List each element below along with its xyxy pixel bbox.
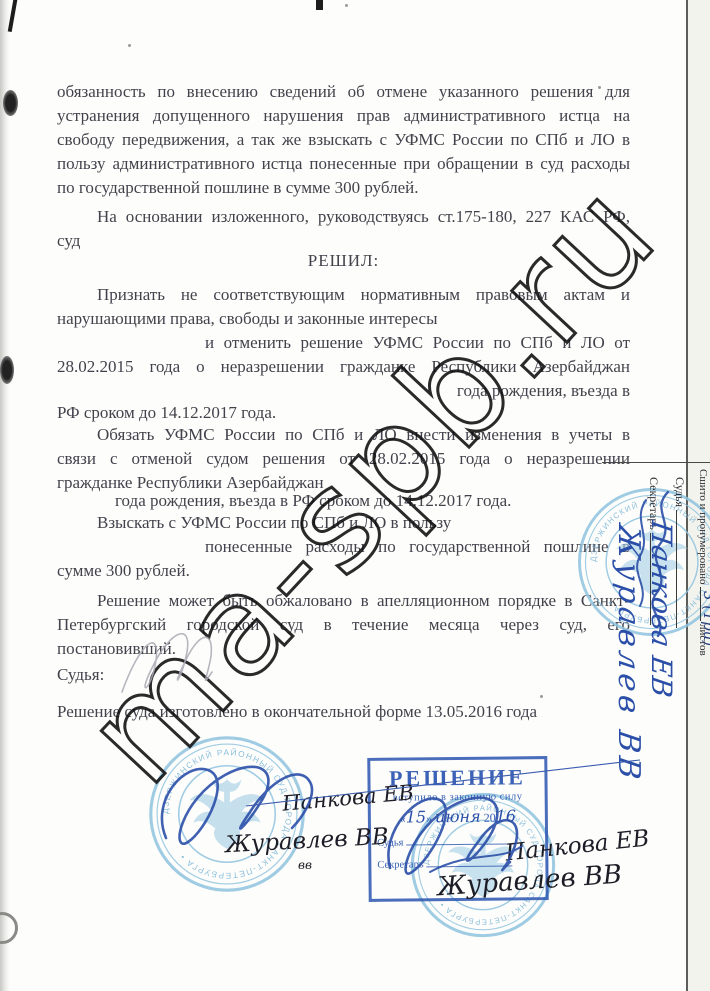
body-line: нарушающими права, свободы и законные ин… [57, 307, 630, 331]
scan-speck [128, 44, 131, 47]
body-line: РФ сроком до 14.12.2017 года. [57, 401, 630, 425]
body-line: Признать не соответствующим нормативным … [57, 283, 630, 307]
body-line: по государственной пошлине в сумме 300 р… [57, 176, 630, 200]
scan-speck [540, 695, 543, 698]
body-line: 28.02.2015 года о неразрешении гражданке… [57, 355, 630, 379]
body-line: свободу передвижения, а так же взыскать … [57, 128, 630, 152]
body-line: Петербургский городской суд в течение ме… [57, 613, 630, 637]
body-line: связи с отменой судом решения от 28.02.2… [57, 447, 630, 471]
scan-edge-left [0, 0, 10, 991]
rotated-judge-signature-name: Панкова ЕВ [645, 519, 678, 700]
stitched-label: Сшито и пронумеровано [697, 469, 709, 585]
body-line: понесенные расходы по государственной по… [205, 535, 630, 559]
body-line: Обязать УФМС России по СПб и ЛО внести и… [57, 423, 630, 447]
body-line: и отменить решение УФМС России по СПб и … [205, 331, 630, 355]
rotated-secretary-signature-name: Журавлев ВВ [611, 523, 646, 786]
body-line: Взыскать с УФМС России по СПб и ЛО в пол… [57, 511, 630, 535]
secretary-fill-line [426, 853, 512, 867]
scan-arc-corner [0, 912, 18, 944]
binding-hole-bottom [0, 356, 14, 384]
handwritten-sheets-count: 3 (Три) [700, 591, 710, 646]
final-form-date-line: Решение суда изготовлено в окончательной… [57, 700, 630, 724]
binding-certification-block: Сшито и пронумеровано листов 3 (Три) Суд… [602, 462, 710, 863]
side-judge-label: Судья [673, 477, 687, 507]
close-quote: » [426, 811, 432, 825]
judge-signature-label: Судья: [57, 663, 630, 687]
stamp-date-row: «15» июня 2016 [371, 806, 545, 827]
scan-mark-top [316, 0, 323, 10]
year-prefix: 20 [484, 811, 496, 825]
body-line: года рождения, въезда в РФ сроком до 14.… [115, 489, 630, 513]
body-line: Решение может быть обжаловано в апелляци… [57, 589, 630, 613]
judge-fill-line [406, 831, 516, 845]
body-line: обязанность по внесению сведений об отме… [57, 80, 630, 104]
body-line: сумме 300 рублей. [57, 559, 630, 583]
body-line: постановивший. [57, 637, 630, 661]
handwritten-month: июня [435, 807, 481, 826]
body-line: устранения допущенного нарушения прав ад… [57, 104, 630, 128]
scan-speck [345, 4, 348, 7]
body-line: пользу административного истца понесенны… [57, 152, 630, 176]
resolution-heading: РЕШИЛ: [57, 249, 630, 273]
body-line: года рождения, въезда в [57, 379, 630, 403]
handwritten-day: 15 [406, 807, 427, 826]
handwritten-year: 16 [496, 806, 517, 825]
handwritten-initials: вв [298, 858, 312, 872]
scanned-court-decision-page: обязанность по внесению сведений об отме… [0, 0, 710, 991]
body-line: На основании изложенного, руководствуясь… [57, 205, 630, 229]
stamp-secretary-label: Секретарь [377, 859, 423, 870]
binding-hole-top [3, 90, 18, 116]
